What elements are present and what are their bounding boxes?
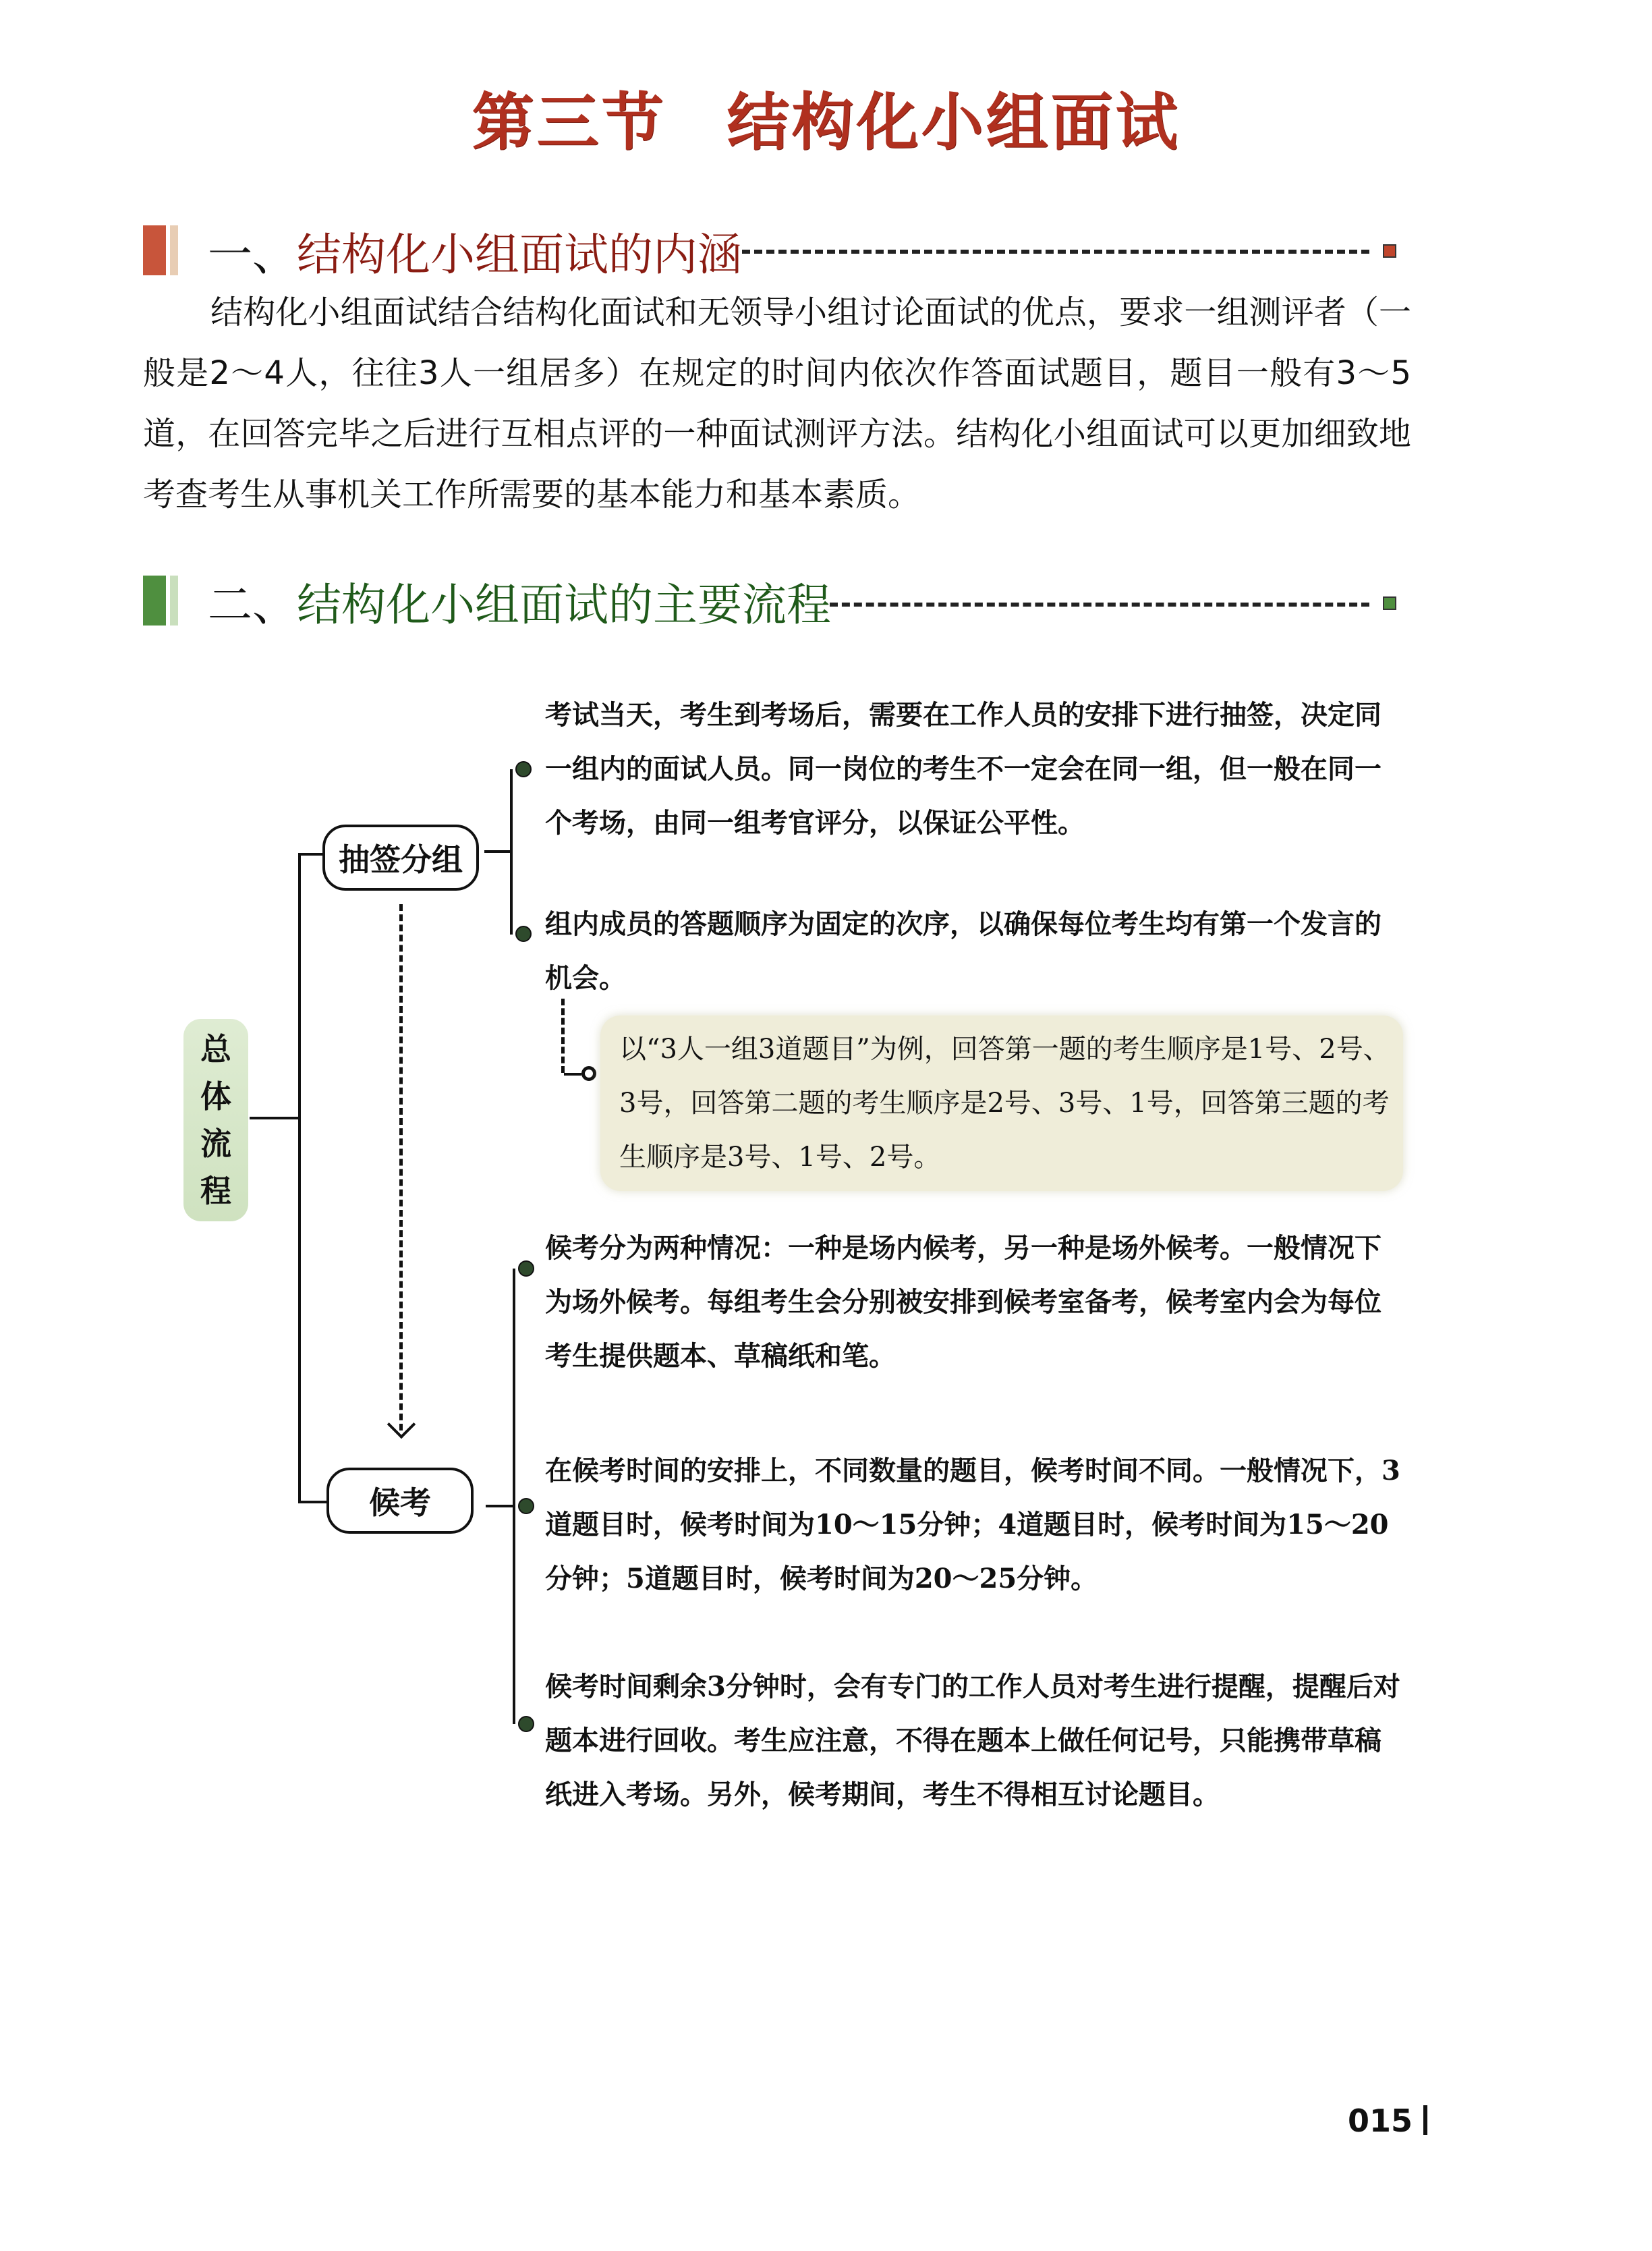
heading-marker-icon [143,576,166,626]
node-lottery-grouping: 抽签分组 [322,825,479,891]
bullet-dot-icon [518,1260,534,1277]
connector-line [250,1117,298,1119]
heading-marker-light-icon [170,225,178,275]
leaf-text: 在候考时间的安排上，不同数量的题目，候考时间不同。一般情况下，3道题目时，候考时… [545,1444,1402,1606]
bullet-dot-icon [515,761,532,777]
connector-line [298,1501,326,1503]
leaf-text: 考试当天，考生到考场后，需要在工作人员的安排下进行抽签，决定同一组内的面试人员。… [545,688,1402,850]
section-1-paragraph: 结构化小组面试结合结构化面试和无领导小组讨论面试的优点，要求一组测评者（一般是2… [143,282,1411,525]
bullet-dot-icon [518,1716,534,1732]
leaf-text: 组内成员的答题顺序为固定的次序，以确保每位考生均有第一个发言的机会。 [545,897,1402,1005]
root-node-overall-process: 总 体 流 程 [183,1019,248,1221]
callout-text: 以“3人一组3道题目”为例，回答第一题的考生顺序是1号、2号、3号，回答第二题的… [619,1022,1395,1184]
leaf-text: 候考分为两种情况：一种是场内候考，另一种是场外候考。一般情况下为场外候考。每组考… [545,1221,1402,1383]
bullet-dot-icon [515,926,532,942]
divider-end-square-icon [1383,244,1396,258]
section-number: 一、 [208,219,297,283]
section-title: 结构化小组面试的主要流程 [297,569,831,633]
example-callout-box: 以“3人一组3道题目”为例，回答第一题的考生顺序是1号、2号、3号，回答第二题的… [600,1016,1403,1191]
connector-line [564,1073,581,1076]
connector-line [510,769,513,935]
bullet-dot-icon [518,1498,534,1514]
connector-line [486,1505,514,1507]
section-divider-dashed [742,250,1369,254]
title-section-name: 结构化小组面试 [727,86,1180,159]
section-heading-1: 一、 结构化小组面试的内涵 [143,220,742,281]
heading-marker-light-icon [170,576,178,626]
connector-line [484,850,511,853]
title-section-number: 第三节 [472,86,666,159]
callout-dashed-connector [561,999,565,1073]
section-divider-dashed [830,603,1369,607]
flow-dashed-line [399,904,403,1430]
connector-line [513,1269,515,1724]
hollow-dot-icon [581,1066,596,1081]
page-title: 第三节结构化小组面试 [0,73,1652,162]
arrow-down-icon [387,1410,416,1439]
section-title: 结构化小组面试的内涵 [297,219,742,283]
divider-end-square-icon [1383,596,1396,610]
page-number-bar-icon [1423,2105,1427,2135]
section-heading-2: 二、 结构化小组面试的主要流程 [143,570,831,631]
node-waiting: 候考 [326,1468,474,1534]
page-number: 015 [1348,2103,1413,2139]
section-number: 二、 [208,569,297,633]
leaf-text: 候考时间剩余3分钟时，会有专门的工作人员对考生进行提醒，提醒后对题本进行回收。考… [545,1660,1402,1822]
heading-marker-icon [143,225,166,275]
connector-line [298,853,322,856]
connector-line [298,854,301,1502]
